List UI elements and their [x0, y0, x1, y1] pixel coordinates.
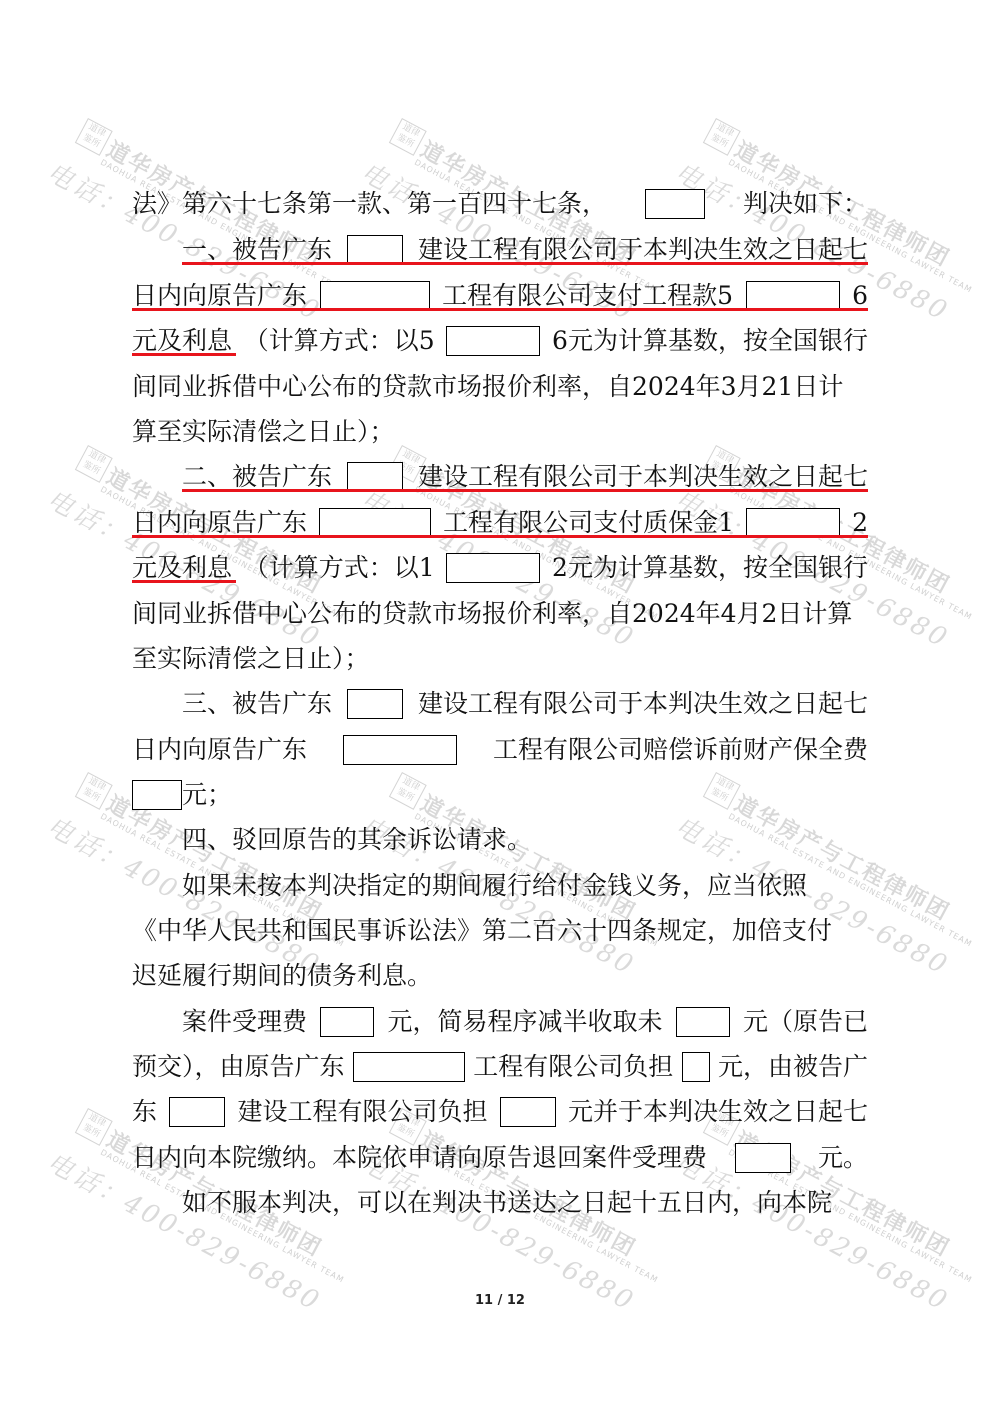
watermark-logo-icon: 道律鉴所	[75, 772, 113, 810]
red-underline	[132, 535, 868, 538]
watermark-logo-icon: 道律鉴所	[389, 118, 427, 156]
text-line: 案件受理费 元，简易程序减半收取未 元（原告已	[182, 1004, 868, 1040]
redaction-box	[320, 281, 430, 311]
redaction-box	[746, 508, 840, 538]
redaction-box	[500, 1097, 556, 1127]
redaction-box	[645, 189, 705, 219]
redaction-box	[169, 1097, 225, 1127]
text-line: 迟延履行期间的债务利息。	[132, 958, 868, 994]
text-line: 元及利息 （计算方式：以1 2元为计算基数，按全国银行	[132, 550, 868, 586]
document-page: 道律鉴所 道华房产与工程律师团 DAOHUA REAL ESTATE AND E…	[0, 0, 1000, 1415]
redaction-box	[446, 326, 540, 356]
redaction-box	[746, 281, 840, 311]
watermark-logo-icon: 道律鉴所	[75, 118, 113, 156]
text-line: 《中华人民共和国民事诉讼法》第二百六十四条规定，加倍支付	[132, 913, 868, 949]
redaction-box	[347, 689, 403, 719]
redaction-box	[676, 1007, 730, 1037]
redaction-box	[347, 462, 403, 492]
redaction-box	[320, 1007, 374, 1037]
text-line: 法》第六十七条第一款、第一百四十七条， 判决如下：	[132, 186, 868, 222]
text-line: 至实际清偿之日止）；	[132, 641, 868, 677]
text-line: 元；	[132, 777, 868, 813]
text-line: 日内向原告广东 工程有限公司赔偿诉前财产保全费	[132, 732, 868, 768]
redaction-box	[343, 735, 457, 765]
red-underline	[182, 489, 868, 492]
text-line: 东 建设工程有限公司负担 元并于本判决生效之日起七	[132, 1094, 868, 1130]
text-line: 元及利息 （计算方式：以5 6元为计算基数，按全国银行	[132, 323, 868, 359]
text-line: 如不服本判决，可以在判决书送达之日起十五日内，向本院	[182, 1185, 868, 1221]
text-line: 如果未按本判决指定的期间履行给付金钱义务，应当依照	[182, 868, 868, 904]
text-line: 日内向本院缴纳。本院依申请向原告退回案件受理费 元。	[132, 1140, 868, 1176]
redaction-box	[682, 1052, 710, 1082]
red-underline	[182, 262, 868, 265]
text-line: 预交），由原告广东 工程有限公司负担 元，由被告广	[132, 1049, 868, 1085]
redaction-box	[347, 235, 403, 265]
red-underline	[132, 353, 236, 356]
red-underline	[132, 308, 868, 311]
redaction-box	[319, 508, 431, 538]
text-line: 间同业拆借中心公布的贷款市场报价利率，自2024年3月21日计	[132, 369, 868, 405]
text-line: 间同业拆借中心公布的贷款市场报价利率，自2024年4月2日计算	[132, 596, 868, 632]
watermark-logo-icon: 道律鉴所	[703, 118, 741, 156]
redaction-box	[446, 553, 540, 583]
judgment-item-4-line: 四、驳回原告的其余诉讼请求。	[182, 822, 868, 858]
text-line: 算至实际清偿之日止）；	[132, 414, 868, 450]
redaction-box	[132, 780, 182, 810]
watermark-logo-icon: 道律鉴所	[75, 1108, 113, 1146]
page-indicator: 11 / 12	[0, 1293, 1000, 1308]
redaction-box	[353, 1052, 465, 1082]
red-underline	[132, 580, 236, 583]
redaction-box	[735, 1143, 791, 1173]
watermark-logo-icon: 道律鉴所	[75, 445, 113, 483]
judgment-item-3-line: 三、被告广东 建设工程有限公司于本判决生效之日起七	[182, 686, 868, 722]
